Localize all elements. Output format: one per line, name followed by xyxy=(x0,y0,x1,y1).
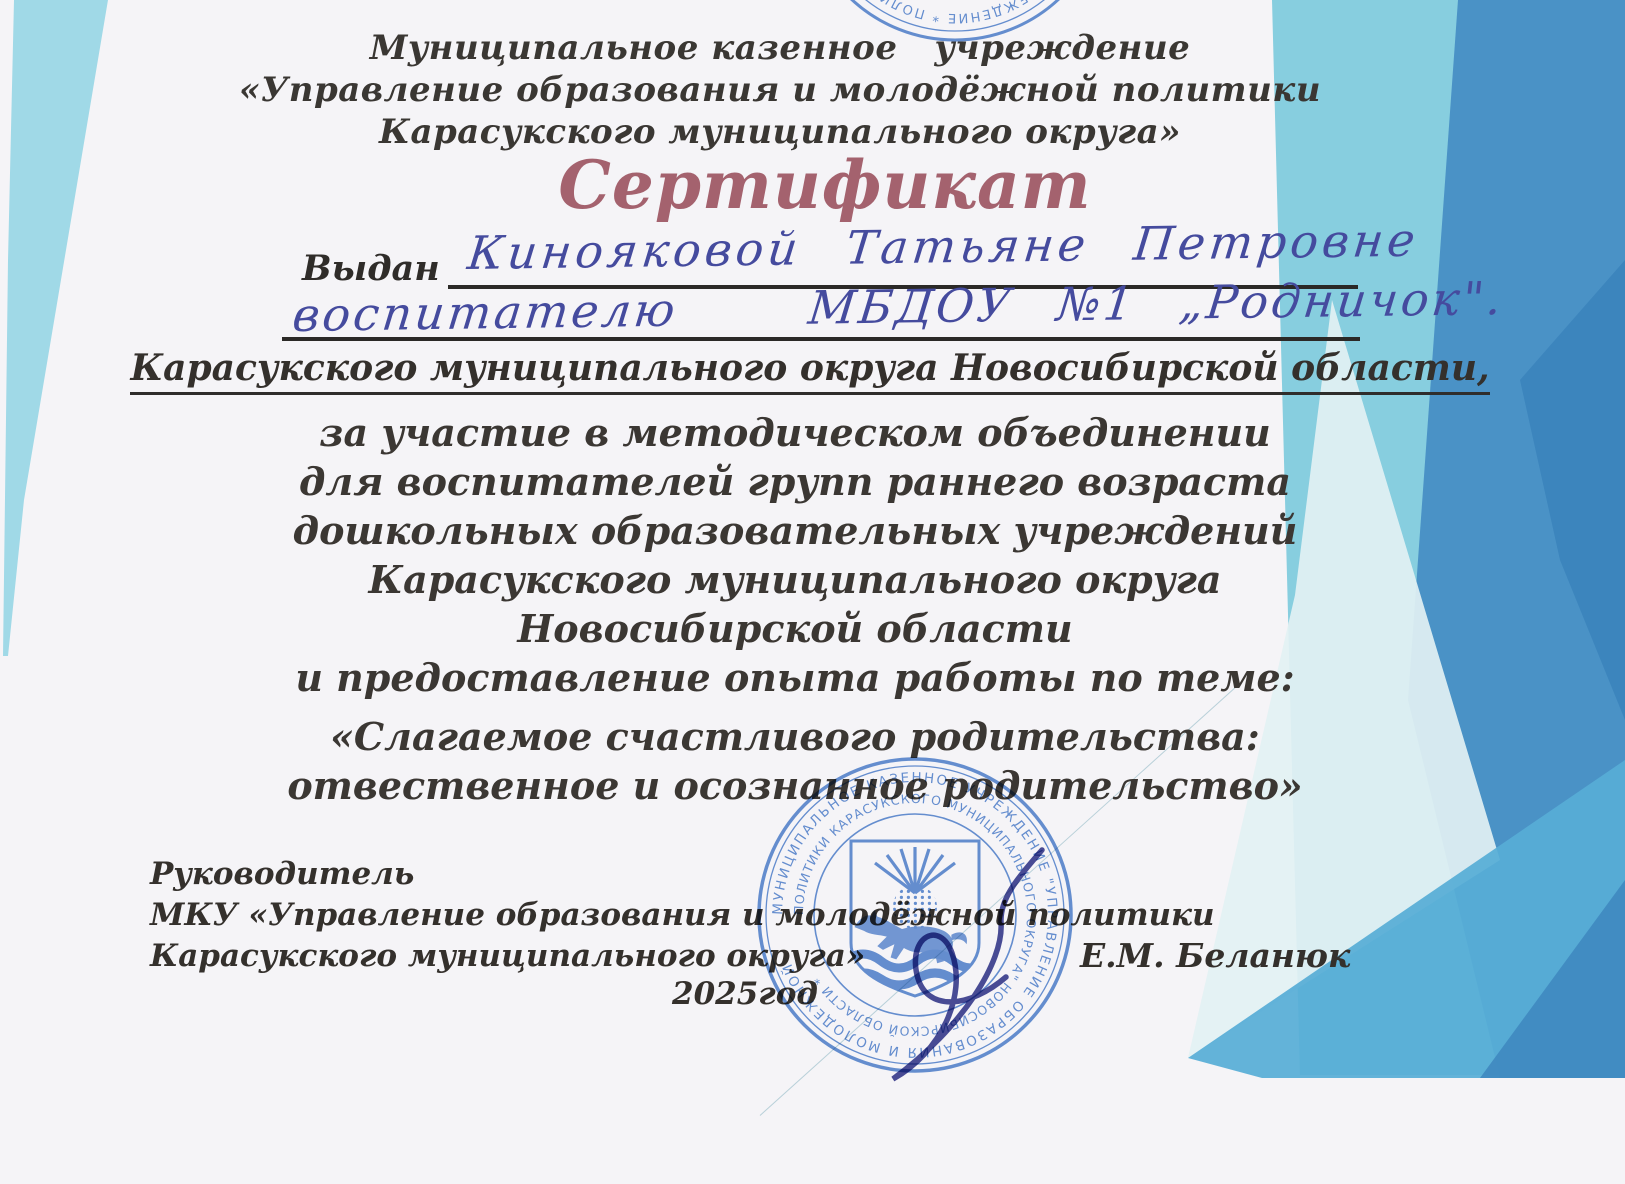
certificate-page: Муниципальное казенное учреждение «Управ… xyxy=(0,0,1625,1184)
signature-ink xyxy=(0,0,1625,1184)
